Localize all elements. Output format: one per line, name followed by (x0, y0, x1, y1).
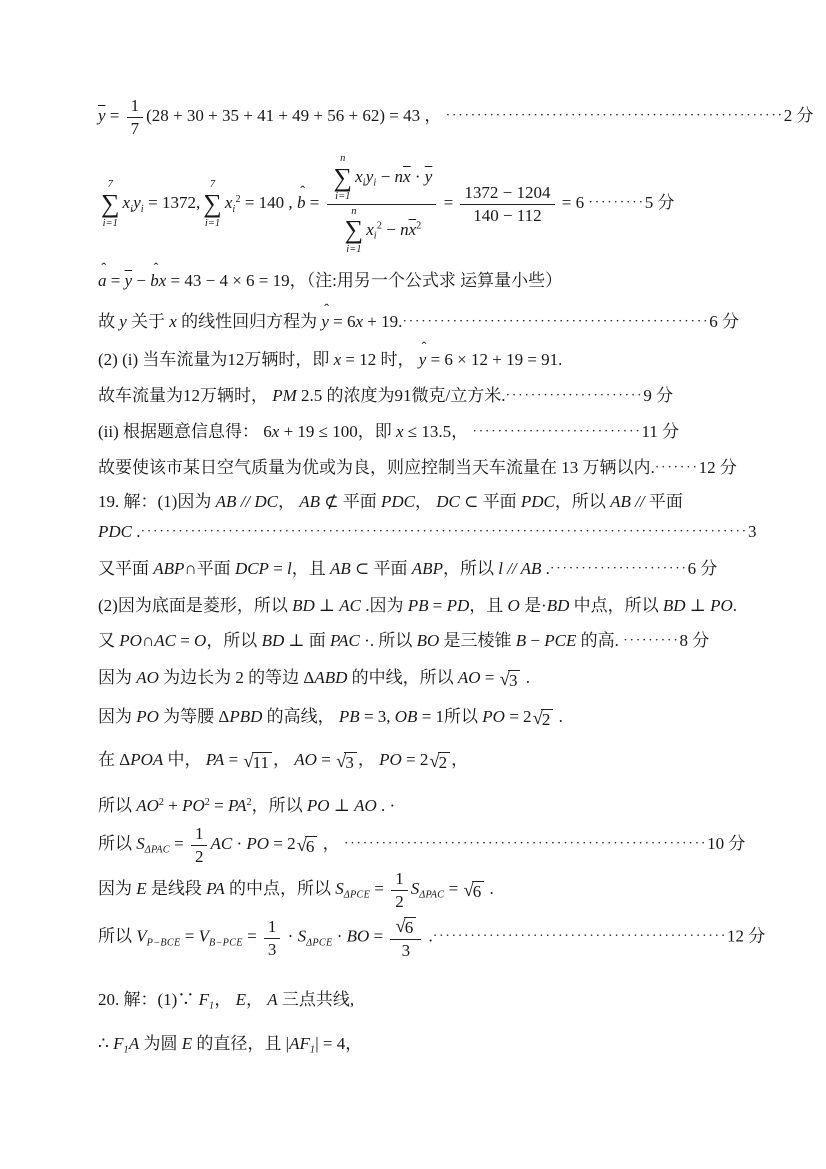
math-variable: y (133, 193, 141, 212)
math-number: = (180, 927, 198, 946)
math-number: ⊥ (686, 596, 711, 615)
summation-symbol: 7∑i=1 (203, 179, 222, 229)
dot-leader: ········································… (402, 314, 709, 329)
square-root: √6 (395, 917, 416, 938)
text-run: ，（注:用另一个公式求 运算量小些） (290, 271, 562, 290)
math-variable: PO (182, 796, 205, 815)
text-run: ， (451, 750, 468, 769)
fraction-denominator: 3 (264, 939, 281, 960)
math-number: Δ (218, 707, 229, 726)
solution-line-ao-median: 因为 AO 为边长为 2 的等边 ΔABD 的中线，所以 AO = √3 . (98, 667, 756, 691)
math-number: = (243, 927, 261, 946)
math-number: = 1 (417, 707, 444, 726)
math-subscript: P−BCE (147, 938, 181, 949)
math-number: ⊥ (315, 596, 340, 615)
math-hat-variable: ˆy (321, 311, 329, 334)
text-run: 故 (98, 312, 119, 331)
math-number: − (376, 167, 394, 186)
solution-line-pythagoras: 所以 AO2 + PO2 = PA2，所以 PO ⊥ AO . · (98, 795, 756, 818)
math-variable: E (236, 990, 246, 1009)
math-variable: PO (710, 596, 733, 615)
math-subscript: ΔPAC (419, 890, 444, 901)
math-variable: POA (130, 750, 163, 769)
math-number: ⊥ (284, 631, 309, 650)
fraction-denominator: 140 − 112 (460, 205, 554, 226)
answer-sheet-page: y = 17(28 + 30 + 35 + 41 + 49 + 56 + 62)… (0, 0, 826, 1169)
text-run: 万辆以内. (578, 458, 655, 477)
parallel-symbol: // (503, 559, 521, 578)
math-variable: PO (482, 707, 505, 726)
math-number: = (210, 796, 228, 815)
math-number: 91 (395, 386, 412, 405)
math-hat-variable: ˆb (150, 270, 159, 293)
math-variable: S (136, 834, 145, 853)
math-number: · (283, 927, 297, 946)
math-fraction: 1372 − 1204140 − 112 (460, 183, 554, 225)
text-run: 20. 解：(1)∵ (98, 990, 199, 1009)
math-variable: PCE (544, 631, 576, 650)
math-number: = 2 (505, 707, 532, 726)
math-variable: BO (347, 927, 370, 946)
dot-leader: ········································… (446, 108, 784, 123)
math-variable: AC (339, 596, 361, 615)
math-number: ∩ (184, 559, 196, 578)
math-number: . (132, 522, 141, 541)
dot-leader: ········································… (141, 525, 748, 540)
math-variable: A (129, 1034, 139, 1053)
math-fraction: n∑i=1xiyi − nx · yn∑i=1xi2 − nx2 (327, 153, 437, 256)
math-variable: S (411, 879, 420, 898)
text-run: 是· (520, 596, 547, 615)
text-run: 又平面 (98, 559, 153, 578)
math-variable: S (298, 927, 307, 946)
sum-lower-limit: i=1 (346, 244, 361, 256)
math-variable: ABP (153, 559, 184, 578)
text-run: 6 分 (709, 312, 739, 331)
text-run: 微克/立方米. (412, 386, 506, 405)
math-number: ⊂ (460, 492, 483, 511)
math-fraction: √63 (390, 915, 421, 961)
math-variable: E (182, 1034, 192, 1053)
math-variable: O (194, 631, 206, 650)
solution-line-pm25: 故车流量为12万辆时， PM 2.5 的浓度为91微克/立方米.········… (98, 385, 756, 408)
sum-lower-limit: i=1 (205, 218, 220, 230)
math-variable: BD (292, 596, 315, 615)
math-variable: PDC (381, 492, 415, 511)
text-run: 19. 解：(1)因为 (98, 492, 216, 511)
math-fraction: 12 (191, 824, 208, 866)
math-number: ⊄ (320, 492, 343, 511)
hat-accent: ˆ (321, 303, 332, 317)
solution-line-q19-part2: (2)因为底面是菱形，所以 BD ⊥ AC .因为 PB = PD，且 O 是·… (98, 595, 756, 618)
text-run: 5 分 (645, 193, 675, 212)
math-variable: PO (246, 834, 269, 853)
solution-line-po-altitude: 因为 PO 为等腰 ΔPBD 的高线， PB = 3, OB = 1所以 PO … (98, 706, 756, 730)
math-variable: AO (136, 796, 159, 815)
math-number: − (132, 271, 150, 290)
dot-leader: ······················ (550, 561, 688, 576)
summation-symbol: n∑i=1 (334, 153, 353, 203)
math-subscript: ΔPAC (145, 845, 170, 856)
sum-lower-limit: i=1 (103, 218, 118, 230)
math-variable: PBD (229, 707, 262, 726)
solution-line-ybar: y = 17(28 + 30 + 35 + 41 + 49 + 56 + 62)… (98, 96, 756, 138)
summation-symbol: 7∑i=1 (101, 179, 120, 229)
math-variable: x (355, 312, 363, 331)
math-number: ·. (360, 631, 374, 650)
math-number: = (429, 596, 447, 615)
text-run: ， (273, 750, 294, 769)
fraction-denominator: 7 (127, 118, 144, 139)
math-number: = 4 (319, 1034, 346, 1053)
text-run: (2) (i) 当车流量为 (98, 350, 227, 369)
summation-symbol: n∑i=1 (345, 206, 364, 256)
math-variable: PD (447, 596, 470, 615)
text-run: 的中点，所以 (225, 879, 336, 898)
solution-line-volume: 所以 VP−BCE = VB−PCE = 13 · SΔPCE · BO = √… (98, 915, 756, 961)
math-number: 1 (268, 917, 277, 936)
fraction-numerator: 1 (391, 869, 408, 891)
math-number: = 2 (269, 834, 296, 853)
text-run: ，所以 (206, 631, 261, 650)
solution-line-traffic-limit: 故要使该市某日空气质量为优或为良，则应控制当天车流量在 13 万辆以内.····… (98, 457, 756, 480)
math-number: ⊂ (351, 559, 374, 578)
math-variable: PDC (98, 522, 132, 541)
text-run: ，且 (469, 596, 507, 615)
math-variable: PM (272, 386, 297, 405)
solution-line-bo-height: 又 PO∩AC = O，所以 BD ⊥ 面 PAC ·. 所以 BO 是三棱锥 … (98, 630, 756, 653)
math-variable: AB (299, 492, 320, 511)
math-bar-variable: y (98, 106, 106, 125)
math-variable: AO (294, 750, 317, 769)
solution-line-q2ii: (ii) 根据题意信息得： 6x + 19 ≤ 100，即 x ≤ 13.5， … (98, 421, 756, 444)
solution-line-q20-start: 20. 解：(1)∵ F1， E， A 三点共线, (98, 989, 756, 1013)
math-number: ⊥ (330, 796, 355, 815)
text-run: 2 分 (784, 106, 814, 125)
text-run: ， (415, 492, 436, 511)
math-variable: BD (663, 596, 686, 615)
math-variable: x (169, 312, 177, 331)
math-subscript: ΔPCE (344, 890, 370, 901)
sum-lower-limit: i=1 (335, 191, 350, 203)
math-number: . (485, 879, 494, 898)
math-variable: DC (254, 492, 278, 511)
math-variable: PA (206, 750, 225, 769)
math-variable: ABD (314, 668, 347, 687)
dot-leader: ······················ (506, 389, 644, 404)
text-run: 的浓度为 (322, 386, 394, 405)
hat-accent: ˆ (297, 185, 309, 199)
math-bar-variable: y (125, 271, 133, 290)
math-variable: V (136, 927, 146, 946)
text-run: 所以 (98, 927, 136, 946)
text-run: 的高. (576, 631, 623, 650)
math-number: = (370, 879, 388, 898)
math-number: 3 (748, 522, 757, 541)
text-run: 的等边 (244, 668, 304, 687)
math-variable: x (123, 193, 131, 212)
math-variable: AB (521, 559, 542, 578)
text-run: ∴ (98, 1034, 113, 1053)
text-run: 因为 (98, 668, 136, 687)
hat-accent: ˆ (98, 262, 110, 276)
solution-line-area-pce: 因为 E 是线段 PA 的中点，所以 SΔPCE = 12SΔPAC = √6 … (98, 869, 756, 911)
text-run: ，且 (292, 559, 330, 578)
math-number: = 43 − 4 × 6 = 19 (166, 271, 289, 290)
text-run: 12 分 (727, 927, 765, 946)
math-number: = (444, 879, 462, 898)
math-variable: AO (458, 668, 481, 687)
solution-line-bhat-formula: 7∑i=1xiyi = 1372,7∑i=1xi2 = 140 , ˆb = n… (98, 153, 756, 256)
math-number: ∩ (142, 631, 154, 650)
text-run: 因为 (98, 879, 136, 898)
math-fraction: 12 (391, 869, 408, 911)
math-variable: y (119, 312, 127, 331)
dot-leader: ········································… (344, 836, 707, 851)
math-number: = 6 (558, 193, 589, 212)
text-run: 11 分 (641, 422, 679, 441)
math-number: 3 (268, 940, 277, 959)
math-variable: AC (210, 834, 232, 853)
sigma-glyph: ∑ (101, 191, 120, 218)
math-number: − (526, 631, 544, 650)
math-number: 3 (402, 941, 411, 960)
math-number: 140 − 112 (473, 206, 541, 225)
math-number: = (439, 193, 457, 212)
radicand: 6 (472, 881, 485, 902)
math-number: 2 (195, 847, 204, 866)
radicand: 6 (404, 917, 417, 938)
math-number: · (411, 167, 425, 186)
math-superscript: 2 (416, 221, 421, 232)
text-run: 所以 (444, 707, 482, 726)
math-number: . (558, 350, 562, 369)
math-variable: B (516, 631, 526, 650)
fraction-numerator: 1372 − 1204 (460, 183, 554, 205)
math-number: = 3, (360, 707, 395, 726)
text-run: 平面 (374, 559, 412, 578)
square-root: √3 (500, 670, 521, 691)
fraction-numerator: √6 (390, 915, 421, 940)
dot-leader: ········· (588, 196, 644, 211)
text-run: 10 分 (707, 834, 745, 853)
text-run: 平面 (483, 492, 521, 511)
text-run: 因为 (98, 707, 136, 726)
math-variable: S (335, 879, 344, 898)
math-variable: F (199, 990, 209, 1009)
math-number: = 6 × 12 + 19 = 91 (426, 350, 558, 369)
radicand: 3 (344, 752, 357, 773)
math-number: 1 (395, 869, 404, 888)
math-variable: PO (379, 750, 402, 769)
square-root: √11 (243, 752, 272, 773)
fraction-numerator: 1 (191, 824, 208, 846)
math-number: = 6 (329, 312, 356, 331)
math-number: + (164, 796, 182, 815)
text-run: 中， (163, 750, 206, 769)
solution-line-area-pac: 所以 SΔPAC = 12AC · PO = 2√6 ， ···········… (98, 824, 756, 866)
solution-line-plane-intersect: 又平面 ABP∩平面 DCP = l，且 AB ⊂ 平面 ABP，所以 l //… (98, 558, 756, 581)
math-variable: PAC (330, 631, 360, 650)
math-fraction: 17 (127, 96, 144, 138)
text-run: 是三棱锥 (439, 631, 516, 650)
math-variable: BO (417, 631, 440, 650)
math-variable: PO (136, 707, 159, 726)
math-variable: BD (262, 631, 285, 650)
hat-accent: ˆ (150, 262, 162, 276)
text-run: ， (358, 750, 379, 769)
radicand: 6 (305, 836, 318, 857)
math-variable: PB (339, 707, 360, 726)
text-run: 8 分 (679, 631, 709, 650)
math-number: = (369, 927, 387, 946)
text-run: (2)因为底面是菱形，所以 (98, 596, 292, 615)
math-subscript: ΔPCE (306, 938, 332, 949)
math-bar-variable: y (425, 167, 433, 186)
text-run: (ii) 根据题意信息得： (98, 422, 263, 441)
fraction-denominator: 3 (390, 940, 421, 961)
text-run: 9 分 (643, 386, 673, 405)
math-fraction: 13 (264, 917, 281, 959)
math-variable: n (400, 220, 409, 239)
math-variable: A (267, 990, 277, 1009)
math-variable: x (366, 220, 374, 239)
math-number: = 2 (402, 750, 429, 769)
math-number: 7 (131, 119, 140, 138)
math-hat-variable: ˆb (297, 192, 306, 215)
solution-line-q2i: (2) (i) 当车流量为12万辆时，即 x = 12 时， ˆy = 6 × … (98, 349, 756, 372)
math-number: 12 (227, 350, 244, 369)
math-bar-variable: x (403, 167, 411, 186)
sigma-glyph: ∑ (334, 165, 353, 192)
text-run: 为圆 (139, 1034, 182, 1053)
solution-line-q20-diameter: ∴ F1A 为圆 E 的直径，且 |AF1| = 4， (98, 1033, 756, 1057)
fraction-denominator: n∑i=1xi2 − nx2 (327, 205, 437, 256)
text-run: 12 分 (699, 458, 737, 477)
solution-line-ahat: ˆa = y − ˆbx = 43 − 4 × 6 = 19，（注:用另一个公式… (98, 270, 756, 293)
math-number: 1 (131, 96, 140, 115)
math-variable: OB (395, 707, 418, 726)
math-number: (28 + 30 + 35 + 41 + 49 + 56 + 62) = 43 (146, 106, 420, 125)
math-variable: ABP (412, 559, 443, 578)
text-run: ，即 (358, 422, 396, 441)
math-hat-variable: ˆa (98, 270, 107, 293)
math-variable: PA (228, 796, 247, 815)
fraction-denominator: 2 (191, 846, 208, 867)
solution-line-triangle-poa: 在 ΔPOA 中， PA = √11， AO = √3， PO = 2√2， (98, 749, 756, 773)
math-variable: PO (119, 631, 142, 650)
text-run: 为边长为 (159, 668, 236, 687)
math-variable: AO (354, 796, 377, 815)
math-number: − (382, 220, 400, 239)
math-number: 2 (395, 892, 404, 911)
math-number: = 12 (341, 350, 376, 369)
text-run: ， (246, 990, 267, 1009)
radicand: 3 (508, 670, 521, 691)
math-number: = (481, 668, 499, 687)
math-variable: PA (206, 879, 225, 898)
text-run: ， (278, 492, 299, 511)
math-variable: BD (547, 596, 570, 615)
math-number: 1372 − 1204 (464, 183, 550, 202)
text-run: 又 (98, 631, 119, 650)
text-run: ， (318, 834, 344, 853)
text-run: 是线段 (147, 879, 207, 898)
math-variable: n (395, 167, 404, 186)
math-bar-variable: x (409, 220, 417, 239)
dot-leader: ········· (623, 633, 679, 648)
text-run: ， (345, 1034, 362, 1053)
math-number: . (541, 559, 550, 578)
square-root: √2 (533, 709, 554, 730)
solution-line-q19-part1: 19. 解：(1)因为 AB // DC， AB ⊄ 平面 PDC， DC ⊂ … (98, 491, 756, 514)
parallel-symbol: // (631, 492, 649, 511)
math-variable: AO (136, 668, 159, 687)
radicand: 2 (541, 709, 554, 730)
math-number: · (333, 927, 347, 946)
math-number: + 19 ≤ 100 (279, 422, 357, 441)
math-variable: PB (408, 596, 429, 615)
math-variable: DC (436, 492, 460, 511)
math-number: 6 (263, 422, 272, 441)
text-run: 的高线， (262, 707, 339, 726)
text-run: 三点共线, (278, 990, 355, 1009)
math-number: = (176, 631, 194, 650)
math-variable: AF (289, 1034, 310, 1053)
math-number: 12 (183, 386, 200, 405)
text-run: 面 (309, 631, 330, 650)
math-variable: AB (610, 492, 631, 511)
text-run: 所以 (98, 834, 136, 853)
math-variable: V (199, 927, 209, 946)
math-hat-variable: ˆy (419, 349, 427, 372)
fraction-denominator: 2 (391, 891, 408, 912)
square-root: √6 (297, 836, 318, 857)
text-run: 所以 (98, 796, 136, 815)
math-variable: F (113, 1034, 123, 1053)
square-root: √3 (336, 752, 357, 773)
text-run: 万辆时，即 (244, 350, 333, 369)
dot-leader: ······· (655, 461, 699, 476)
square-root: √2 (429, 752, 450, 773)
math-number: = (170, 834, 188, 853)
math-number: = 140 , (241, 193, 297, 212)
text-run: 故要使该市某日空气质量为优或为良，则应控制当天车流量在 (98, 458, 561, 477)
text-run: ， (420, 106, 446, 125)
text-run: 的直径，且 (192, 1034, 286, 1053)
math-number: 1 (195, 824, 204, 843)
math-variable: AB (330, 559, 351, 578)
math-number: . · (377, 796, 395, 815)
text-run: ，所以 (252, 796, 307, 815)
text-run: 的中线，所以 (347, 668, 458, 687)
text-run: 6 分 (688, 559, 718, 578)
fraction-numerator: 1 (264, 917, 281, 939)
math-variable: PO (307, 796, 330, 815)
text-run: 平面 (197, 559, 235, 578)
text-run: 平面 (343, 492, 381, 511)
text-run: 因为 (369, 596, 407, 615)
text-run: 平面 (649, 492, 683, 511)
text-run: 关于 (127, 312, 170, 331)
text-run: 的线性回归方程为 (177, 312, 322, 331)
math-number: 13 (561, 458, 578, 477)
text-run: ，所以 (555, 492, 610, 511)
math-number: Δ (119, 750, 130, 769)
math-variable: O (508, 596, 520, 615)
math-number: · (232, 834, 246, 853)
math-subscript: B−PCE (209, 938, 243, 949)
